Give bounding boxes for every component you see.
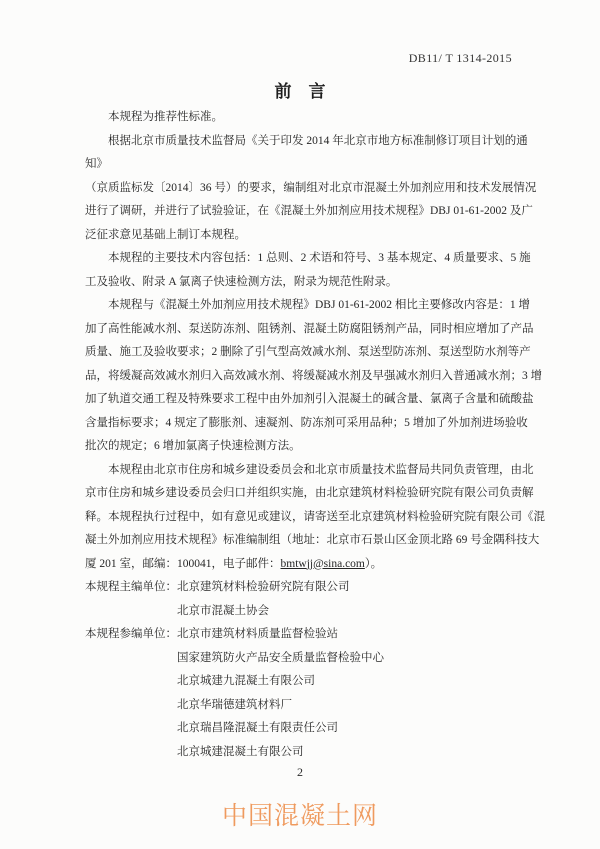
text-line: 本规程与《混凝土外加剂应用技术规程》DBJ 01-61-2002 相比主要修改内… xyxy=(85,294,525,318)
participating-editor-label: 本规程参编单位： xyxy=(85,623,177,647)
contact-line-pre: 厦 201 室，邮编：100041，电子邮件： xyxy=(85,558,281,570)
text-line: 知》 xyxy=(85,153,525,177)
chief-editor-label: 本规程主编单位： xyxy=(85,576,177,600)
page-number: 2 xyxy=(0,765,600,780)
chief-editor-units: 北京建筑材料检验研究院有限公司北京市混凝土协会 xyxy=(177,576,525,623)
text-line: 北京城建九混凝土有限公司 xyxy=(177,670,525,694)
foreword-body: 本规程为推荐性标准。根据北京市质量技术监督局《关于印发 2014 年北京市地方标… xyxy=(85,106,525,764)
text-line: 根据北京市质量技术监督局《关于印发 2014 年北京市地方标准制修订项目计划的通 xyxy=(85,130,525,154)
text-line: 北京市建筑材料质量监督检验站 xyxy=(177,623,525,647)
text-line: 本规程为推荐性标准。 xyxy=(85,106,525,130)
text-line: 北京瑞昌隆混凝土有限责任公司 xyxy=(177,717,525,741)
contact-line-post: ）。 xyxy=(365,558,382,570)
text-line: 释。本规程执行过程中，如有意见或建议，请寄送至北京建筑材料检验研究院有限公司《混 xyxy=(85,506,525,530)
document-page: DB11/ T 1314-2015 前 言 本规程为推荐性标准。根据北京市质量技… xyxy=(0,0,600,849)
doc-number: DB11/ T 1314-2015 xyxy=(409,51,512,66)
text-line: 进行了调研，并进行了试验验证，在《混凝土外加剂应用技术规程》DBJ 01-61-… xyxy=(85,200,525,224)
text-line: 北京华瑞德建筑材料厂 xyxy=(177,694,525,718)
text-line: 北京市混凝土协会 xyxy=(177,600,525,624)
text-line: 品，将缓凝高效减水剂归入高效减水剂、将缓凝减水剂及早强减水剂归入普通减水剂；3 … xyxy=(85,365,525,389)
text-line: 工及验收、附录 A 氯离子快速检测方法，附录为规范性附录。 xyxy=(85,271,525,295)
body-lines: 本规程为推荐性标准。根据北京市质量技术监督局《关于印发 2014 年北京市地方标… xyxy=(85,106,525,553)
participating-editor-units: 北京市建筑材料质量监督检验站国家建筑防火产品安全质量监督检验中心北京城建九混凝土… xyxy=(177,623,525,764)
text-line: 本规程的主要技术内容包括：1 总则、2 术语和符号、3 基本规定、4 质量要求、… xyxy=(85,247,525,271)
contact-line: 厦 201 室，邮编：100041，电子邮件：bmtwjj@sina.com）。 xyxy=(85,553,525,577)
text-line: 泛征求意见基础上制订本规程。 xyxy=(85,224,525,248)
text-line: 国家建筑防火产品安全质量监督检验中心 xyxy=(177,647,525,671)
text-line: 质量、施工及验收要求；2 删除了引气型高效减水剂、泵送型防冻剂、泵送型防水剂等产 xyxy=(85,341,525,365)
text-line: 含量指标要求；4 规定了膨胀剂、速凝剂、防冻剂可采用品种；5 增加了外加剂进场验… xyxy=(85,412,525,436)
watermark: 中国混凝土网 xyxy=(0,796,600,832)
chief-editor-block: 本规程主编单位： 北京建筑材料检验研究院有限公司北京市混凝土协会 xyxy=(85,576,525,623)
participating-editor-block: 本规程参编单位： 北京市建筑材料质量监督检验站国家建筑防火产品安全质量监督检验中… xyxy=(85,623,525,764)
text-line: 加了高性能减水剂、泵送防冻剂、阻锈剂、混凝土防腐阻锈剂产品，同时相应增加了产品 xyxy=(85,318,525,342)
text-line: 凝土外加剂应用技术规程》标准编制组（地址：北京市石景山区金顶北路 69 号金隅科… xyxy=(85,529,525,553)
text-line: 京市住房和城乡建设委员会归口并组织实施，由北京建筑材料检验研究院有限公司负责解 xyxy=(85,482,525,506)
text-line: 北京城建混凝土有限公司 xyxy=(177,741,525,765)
text-line: 批次的规定；6 增加氯离子快速检测方法。 xyxy=(85,435,525,459)
email-link[interactable]: bmtwjj@sina.com xyxy=(281,558,365,570)
page-title: 前 言 xyxy=(0,77,600,102)
text-line: 加了轨道交通工程及特殊要求工程中由外加剂引入混凝土的碱含量、氯离子含量和硫酸盐 xyxy=(85,388,525,412)
text-line: （京质监标发〔2014〕36 号）的要求，编制组对北京市混凝土外加剂应用和技术发… xyxy=(85,177,525,201)
text-line: 北京建筑材料检验研究院有限公司 xyxy=(177,576,525,600)
text-line: 本规程由北京市住房和城乡建设委员会和北京市质量技术监督局共同负责管理，由北 xyxy=(85,459,525,483)
